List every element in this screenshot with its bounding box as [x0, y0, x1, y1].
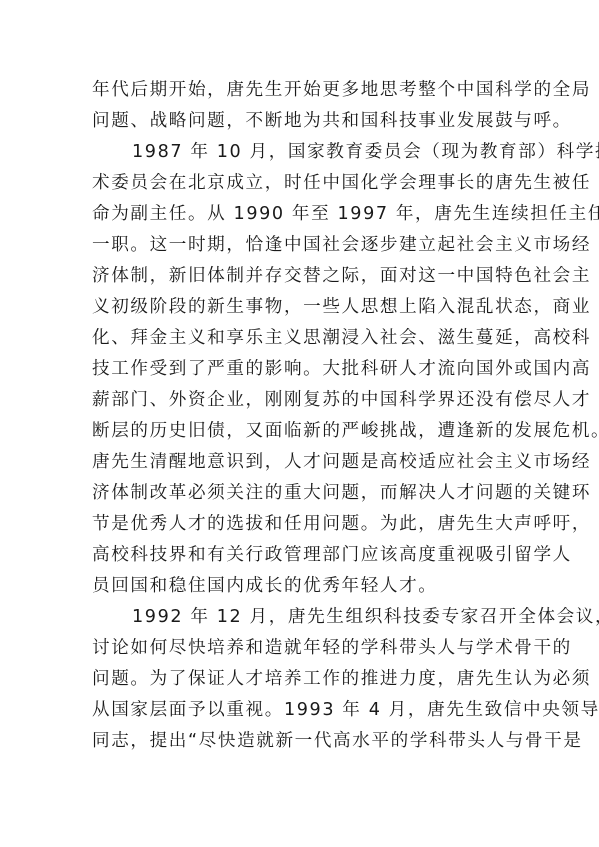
paragraph-3: 1992 年 12 月，唐先生组织科技委专家召开全体会议， 讨论如何尽快培养和造…	[92, 602, 512, 757]
text-line: 讨论如何尽快培养和造就年轻的学科带头人与学术骨干的	[92, 633, 512, 664]
text-line: 高校科技界和有关行政管理部门应该高度重视吸引留学人	[92, 540, 512, 571]
text-line: 员回国和稳住国内成长的优秀年轻人才。	[92, 571, 512, 602]
text-line: 义初级阶段的新生事物，一些人思想上陷入混乱状态，商业	[92, 292, 512, 323]
text-line: 从国家层面予以重视。1993 年 4 月，唐先生致信中央领导	[92, 695, 512, 726]
text-line: 年代后期开始，唐先生开始更多地思考整个中国科学的全局	[92, 75, 512, 106]
document-page: 年代后期开始，唐先生开始更多地思考整个中国科学的全局 问题、战略问题，不断地为共…	[92, 75, 512, 757]
text-line: 命为副主任。从 1990 年至 1997 年，唐先生连续担任主任	[92, 199, 512, 230]
text-line: 技工作受到了严重的影响。大批科研人才流向国外或国内高	[92, 354, 512, 385]
text-line: 问题、战略问题，不断地为共和国科技事业发展鼓与呼。	[92, 106, 512, 137]
text-line: 济体制改革必须关注的重大问题，而解决人才问题的关键环	[92, 478, 512, 509]
text-line: 济体制，新旧体制并存交替之际，面对这一中国特色社会主	[92, 261, 512, 292]
text-line: 1987 年 10 月，国家教育委员会（现为教育部）科学技	[92, 137, 512, 168]
text-line: 术委员会在北京成立，时任中国化学会理事长的唐先生被任	[92, 168, 512, 199]
text-line: 同志，提出“尽快造就新一代高水平的学科带头人与骨干是	[92, 726, 512, 757]
text-line: 化、拜金主义和享乐主义思潮浸入社会、滋生蔓延，高校科	[92, 323, 512, 354]
text-line: 问题。为了保证人才培养工作的推进力度，唐先生认为必须	[92, 664, 512, 695]
text-line: 1992 年 12 月，唐先生组织科技委专家召开全体会议，	[92, 602, 512, 633]
text-line: 薪部门、外资企业，刚刚复苏的中国科学界还没有偿尽人才	[92, 385, 512, 416]
text-line: 断层的历史旧债，又面临新的严峻挑战，遭逢新的发展危机。	[92, 416, 512, 447]
paragraph-2: 1987 年 10 月，国家教育委员会（现为教育部）科学技 术委员会在北京成立，…	[92, 137, 512, 602]
text-line: 一职。这一时期，恰逢中国社会逐步建立起社会主义市场经	[92, 230, 512, 261]
paragraph-1: 年代后期开始，唐先生开始更多地思考整个中国科学的全局 问题、战略问题，不断地为共…	[92, 75, 512, 137]
text-line: 唐先生清醒地意识到，人才问题是高校适应社会主义市场经	[92, 447, 512, 478]
text-line: 节是优秀人才的选拔和任用问题。为此，唐先生大声呼吁，	[92, 509, 512, 540]
